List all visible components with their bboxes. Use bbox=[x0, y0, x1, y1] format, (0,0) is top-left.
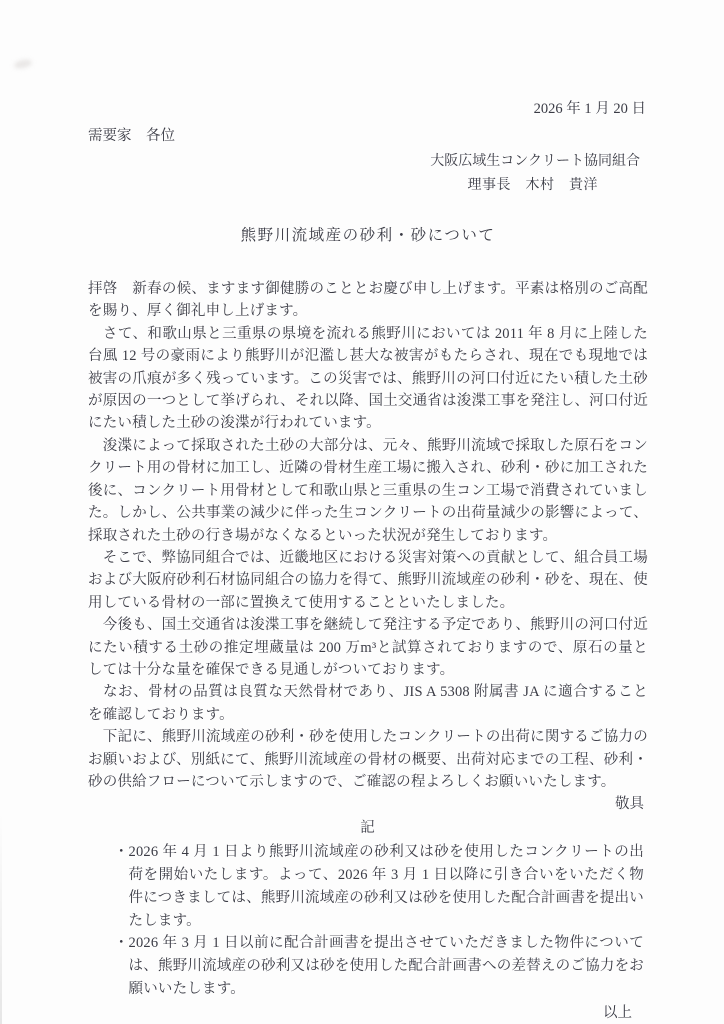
body-paragraph-quality: なお、骨材の品質は良質な天然骨材であり、JIS A 5308 附属書 JA に適… bbox=[88, 681, 648, 726]
sender-representative: 理事長 木村 貴洋 bbox=[88, 175, 648, 197]
letter-date: 2026 年 1 月 20 日 bbox=[88, 98, 648, 120]
letter-body: 拝啓 新春の候、ますます御健勝のこととお慶び申し上げます。平素は格別のご高配を賜… bbox=[88, 278, 648, 793]
sender-organization: 大阪広域生コンクリート協同組合 bbox=[88, 151, 648, 173]
body-paragraph-reserves-estimate: 今後も、国土交通省は浚渫工事を継続して発注する予定であり、熊野川の河口付近にたい… bbox=[88, 614, 648, 681]
body-paragraph-request: 下記に、熊野川流域産の砂利・砂を使用したコンクリートの出荷に関するご協力のお願い… bbox=[88, 726, 648, 793]
body-paragraph-disaster-background: さて、和歌山県と三重県の県境を流れる熊野川においては 2011 年 8 月に上陸… bbox=[88, 323, 648, 435]
notes-list: ・ 2026 年 4 月 1 日より熊野川流域産の砂利又は砂を使用したコンクリー… bbox=[114, 841, 644, 1001]
scanned-letter-page: 2026 年 1 月 20 日 需要家 各位 大阪広域生コンクリート協同組合 理… bbox=[0, 0, 724, 1024]
closing-keigu: 敬具 bbox=[88, 793, 648, 815]
record-heading-ki: 記 bbox=[88, 817, 648, 839]
note-item-shipment-start: ・ 2026 年 4 月 1 日より熊野川流域産の砂利又は砂を使用したコンクリー… bbox=[114, 841, 644, 932]
recipient-line: 需要家 各位 bbox=[88, 125, 648, 147]
document-title: 熊野川流域産の砂利・砂について bbox=[88, 225, 648, 247]
scan-edge-artifact bbox=[0, 814, 2, 1024]
body-paragraph-greeting: 拝啓 新春の候、ますます御健勝のこととお慶び申し上げます。平素は格別のご高配を賜… bbox=[88, 278, 648, 323]
bullet-marker: ・ bbox=[114, 932, 129, 1000]
bullet-marker: ・ bbox=[114, 841, 129, 932]
end-marker-ijou: 以上 bbox=[88, 1002, 648, 1024]
note-text-shipment-start: 2026 年 4 月 1 日より熊野川流域産の砂利又は砂を使用したコンクリートの… bbox=[129, 841, 645, 932]
body-paragraph-dredged-soil-use: 浚渫によって採取された土砂の大部分は、元々、熊野川流域で採取した原石をコンクリー… bbox=[88, 435, 648, 547]
note-item-mix-design-replacement: ・ 2026 年 3 月 1 日以前に配合計画書を提出させていただきました物件に… bbox=[114, 932, 644, 1000]
sender-block: 大阪広域生コンクリート協同組合 理事長 木村 貴洋 bbox=[88, 151, 648, 198]
body-paragraph-decision: そこで、弊協同組合では、近畿地区における災害対策への貢献として、組合員工場および… bbox=[88, 547, 648, 614]
note-text-mix-design-replacement: 2026 年 3 月 1 日以前に配合計画書を提出させていただきました物件につい… bbox=[129, 932, 645, 1000]
scan-smudge-artifact bbox=[13, 58, 32, 70]
